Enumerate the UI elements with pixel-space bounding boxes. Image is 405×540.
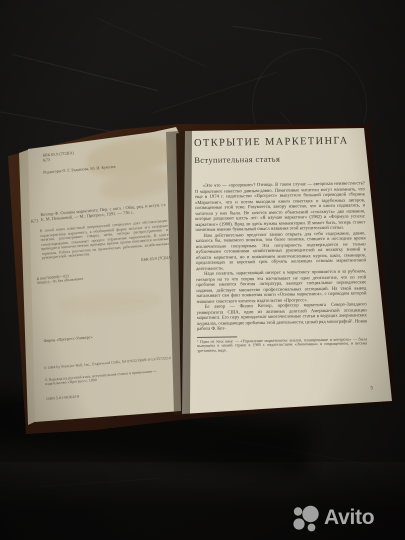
avito-logo-icon (292, 505, 319, 532)
avito-watermark: Avito (292, 501, 397, 535)
book-photo: ББК 65.9 (7США) К73 Редакторы О. Г. Рады… (0, 0, 405, 540)
photo-vignette (0, 0, 405, 540)
avito-wordmark: Avito (324, 506, 374, 530)
